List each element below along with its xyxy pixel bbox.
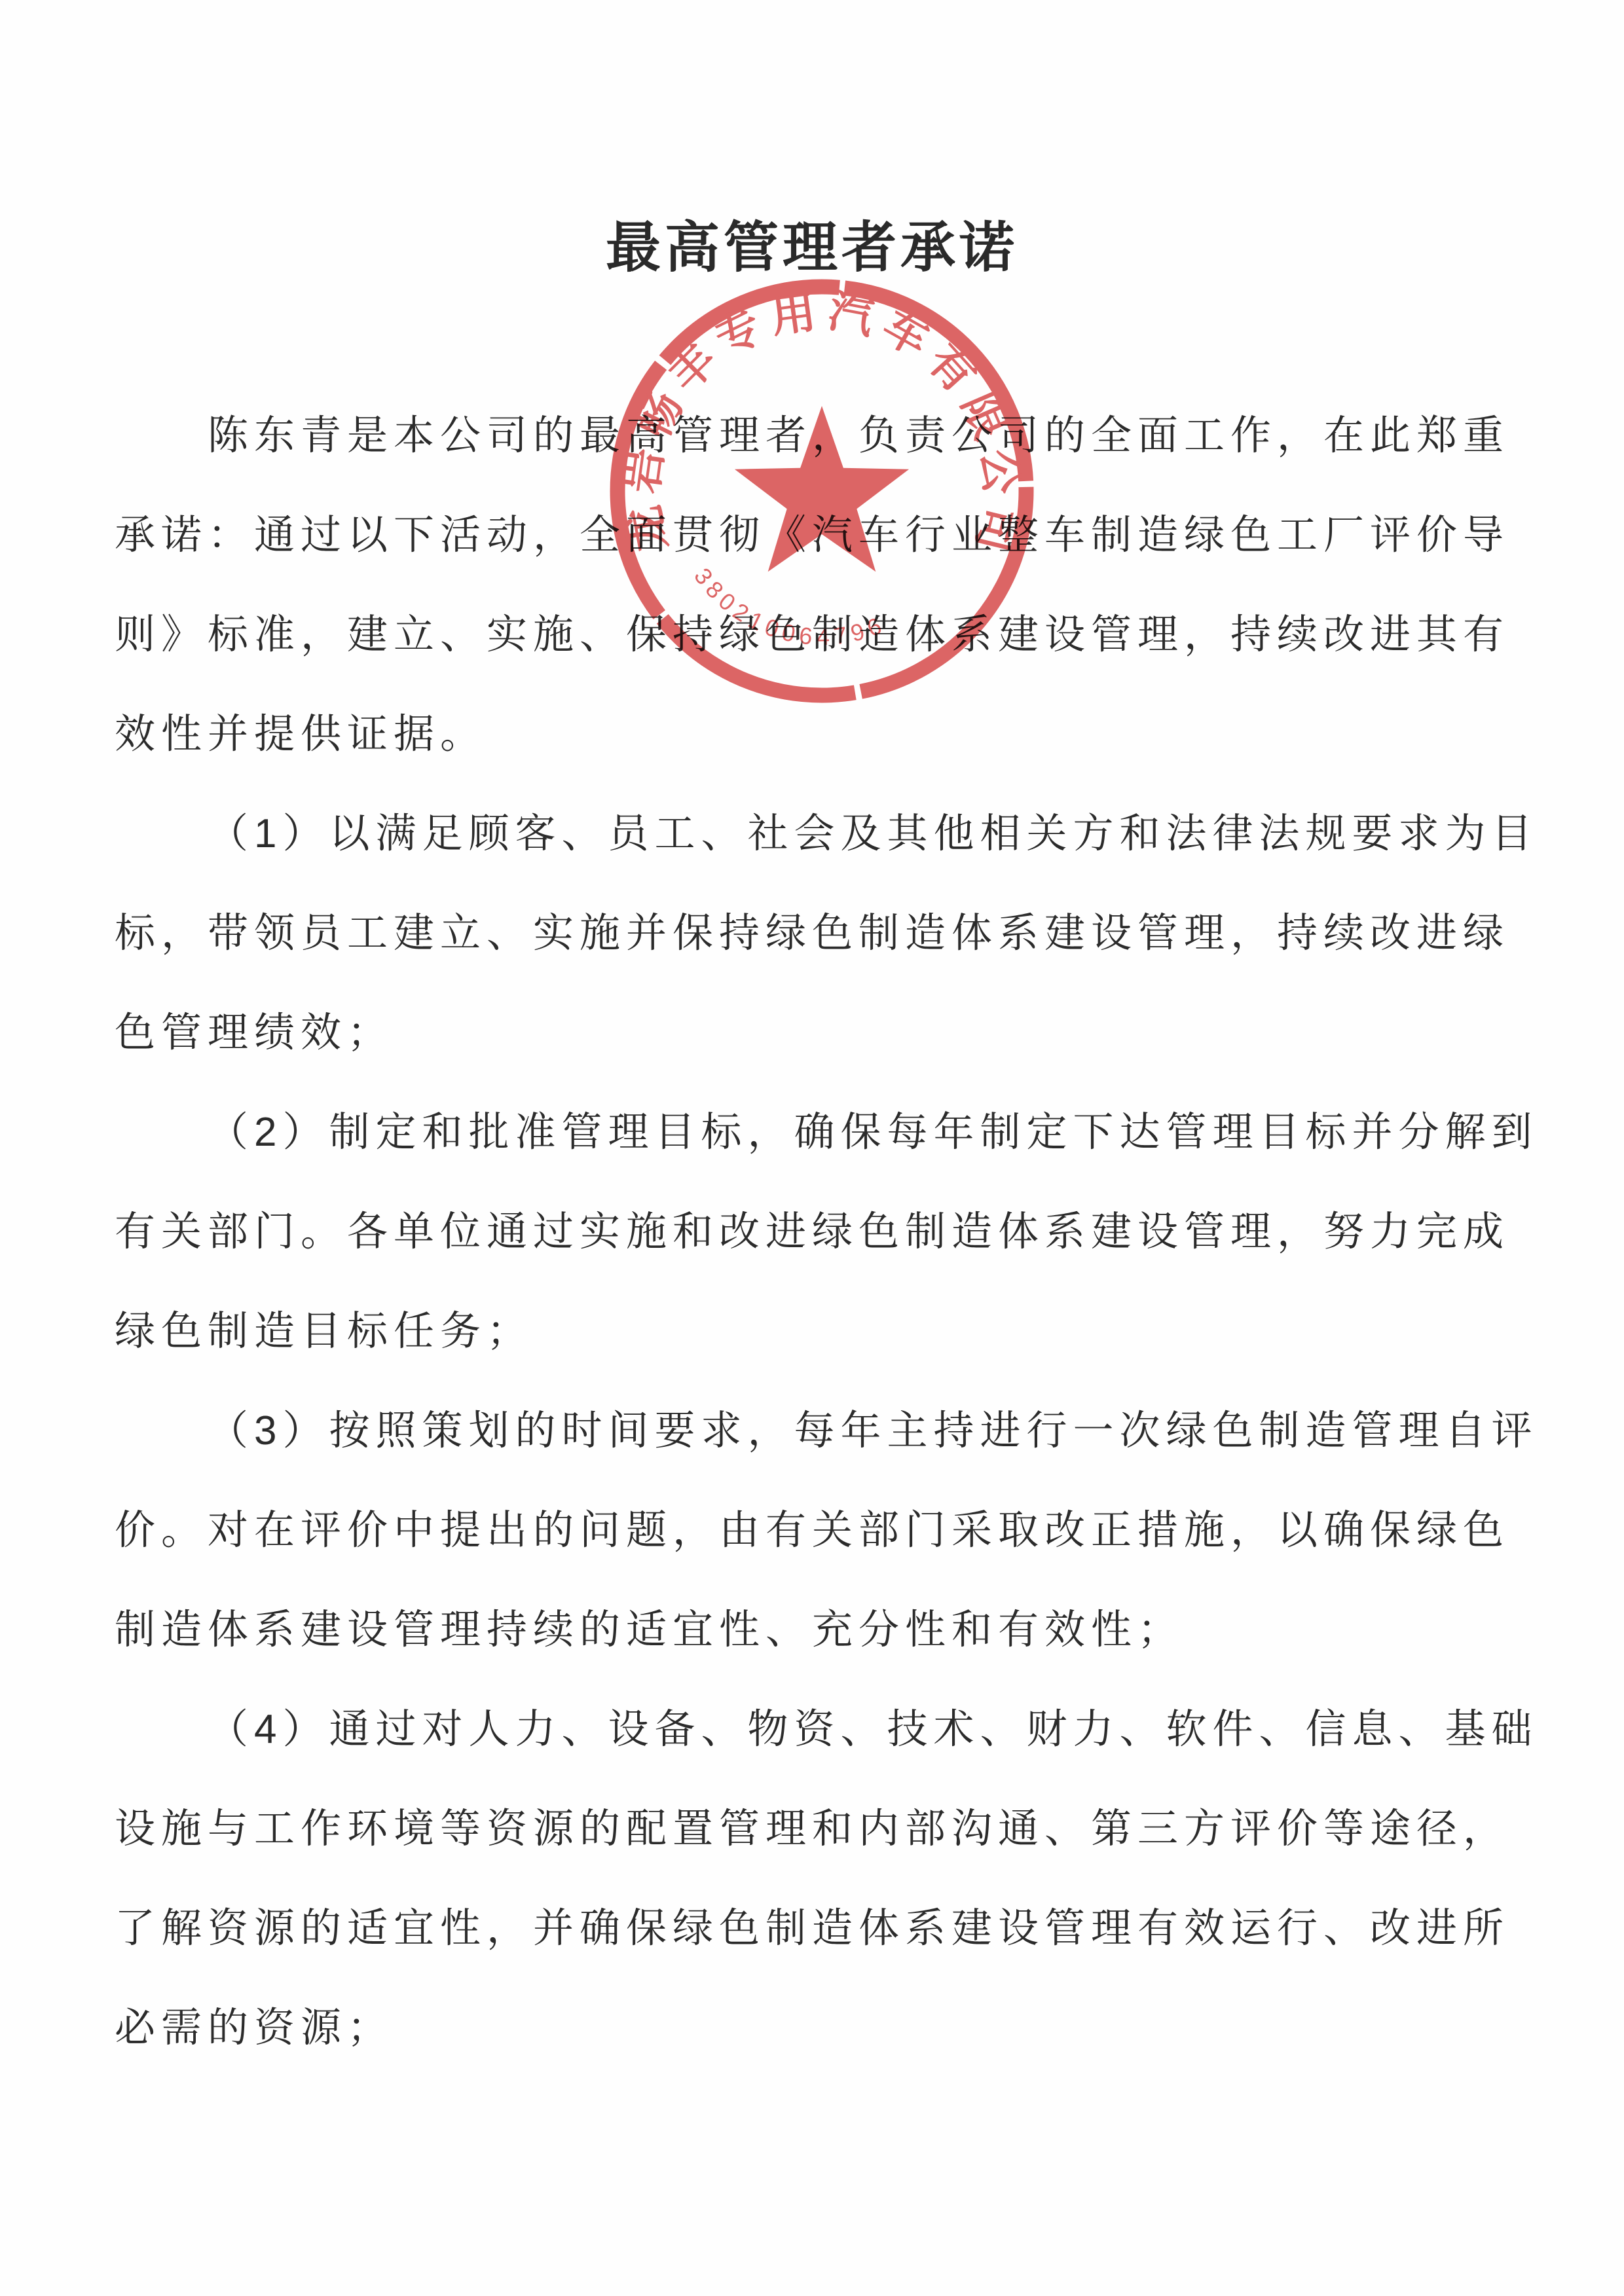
text-line: （1）以满足顾客、员工、社会及其他相关方和法律法规要求为目 <box>115 784 1513 884</box>
text-line: 标，带领员工建立、实施并保持绿色制造体系建设管理，持续改进绿 <box>115 884 1513 983</box>
text-line: （2）制定和批准管理目标，确保每年制定下达管理目标并分解到 <box>115 1083 1513 1182</box>
document-page: 最高管理者承诺 陈东青是本公司的最高管理者，负责公司的全面工作，在此郑重承诺：通… <box>0 0 1624 2296</box>
text-line: （3）按照策划的时间要求，每年主持进行一次绿色制造管理自评 <box>115 1381 1513 1481</box>
text-line: 绿色制造目标任务； <box>115 1282 1513 1381</box>
document-body: 陈东青是本公司的最高管理者，负责公司的全面工作，在此郑重承诺：通过以下活动，全面… <box>115 386 1513 2078</box>
text-line: 价。对在评价中提出的问题，由有关部门采取改正措施，以确保绿色 <box>115 1481 1513 1580</box>
text-line: 制造体系建设管理持续的适宜性、充分性和有效性； <box>115 1580 1513 1680</box>
text-line: 色管理绩效； <box>115 983 1513 1083</box>
text-line: 有关部门。各单位通过实施和改进绿色制造体系建设管理，努力完成 <box>115 1182 1513 1282</box>
text-line: 必需的资源； <box>115 1978 1513 2078</box>
text-line: 效性并提供证据。 <box>115 685 1513 784</box>
text-line: （4）通过对人力、设备、物资、技术、财力、软件、信息、基础 <box>115 1680 1513 1779</box>
text-line: 承诺：通过以下活动，全面贯彻《汽车行业整车制造绿色工厂评价导 <box>115 486 1513 585</box>
text-line: 则》标准，建立、实施、保持绿色制造体系建设管理，持续改进其有 <box>115 585 1513 685</box>
text-line: 了解资源的适宜性，并确保绿色制造体系建设管理有效运行、改进所 <box>115 1879 1513 1978</box>
text-line: 陈东青是本公司的最高管理者，负责公司的全面工作，在此郑重 <box>115 386 1513 486</box>
text-line: 设施与工作环境等资源的配置管理和内部沟通、第三方评价等途径， <box>115 1779 1513 1879</box>
document-title: 最高管理者承诺 <box>0 208 1624 287</box>
